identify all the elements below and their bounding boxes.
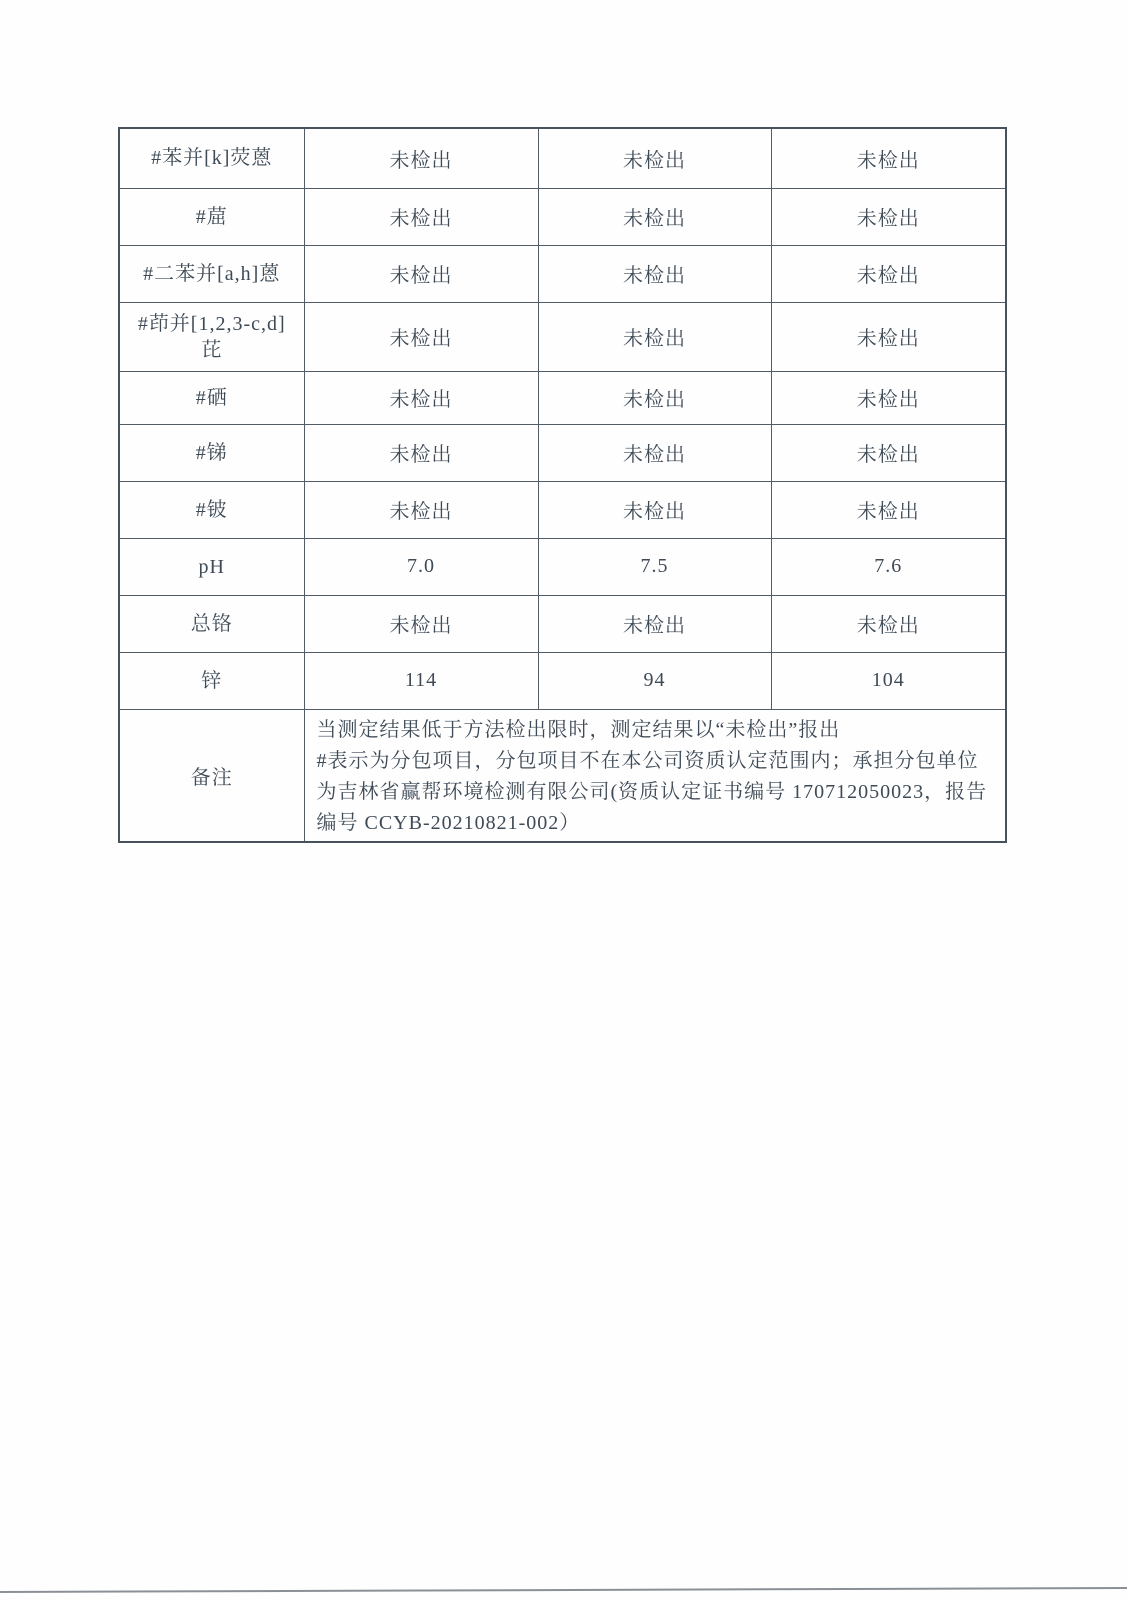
result-value-cell: 7.5 [538,538,771,595]
result-value-cell: 未检出 [538,424,771,481]
table-row: #铍 未检出 未检出 未检出 [119,481,1006,538]
parameter-label-cell: pH [119,538,304,595]
table-row: #二苯并[a,h]蒽 未检出 未检出 未检出 [119,245,1006,302]
parameter-label-cell: #茚并[1,2,3-c,d]芘 [119,302,304,371]
result-value-cell: 未检出 [538,371,771,424]
table-row: pH 7.0 7.5 7.6 [119,538,1006,595]
result-value-cell: 未检出 [538,245,771,302]
parameter-label-cell: #铍 [119,481,304,538]
result-value-cell: 104 [771,652,1006,709]
result-value-cell: 未检出 [771,371,1006,424]
result-value-cell: 未检出 [771,595,1006,652]
result-value-cell: 114 [304,652,538,709]
remarks-row: 备注 当测定结果低于方法检出限时，测定结果以“未检出”报出 #表示为分包项目，分… [119,709,1006,842]
results-rows: #苯并[k]荧蒽 未检出 未检出 未检出 #䓛 未检出 未检出 未检出 #二苯并… [119,128,1006,709]
result-value-cell: 未检出 [304,481,538,538]
remark-paragraph: #表示为分包项目，分包项目不在本公司资质认定范围内；承担分包单位为吉林省赢帮环境… [317,746,996,839]
result-value-cell: 未检出 [771,245,1006,302]
result-value-cell: 未检出 [304,371,538,424]
result-value-cell: 未检出 [538,128,771,188]
parameter-label-cell: #二苯并[a,h]蒽 [119,245,304,302]
parameter-label-cell: #䓛 [119,188,304,245]
result-value-cell: 未检出 [538,302,771,371]
parameter-label-cell: #硒 [119,371,304,424]
remarks-content: 当测定结果低于方法检出限时，测定结果以“未检出”报出 #表示为分包项目，分包项目… [304,709,1006,842]
table-row: #䓛 未检出 未检出 未检出 [119,188,1006,245]
table-row: #茚并[1,2,3-c,d]芘 未检出 未检出 未检出 [119,302,1006,371]
parameter-label-cell: 总铬 [119,595,304,652]
result-value-cell: 7.0 [304,538,538,595]
result-value-cell: 未检出 [304,128,538,188]
result-value-cell: 未检出 [304,302,538,371]
table-row: #锑 未检出 未检出 未检出 [119,424,1006,481]
table-row: 总铬 未检出 未检出 未检出 [119,595,1006,652]
table-row: 锌 114 94 104 [119,652,1006,709]
remark-paragraph: 当测定结果低于方法检出限时，测定结果以“未检出”报出 [317,715,996,746]
results-table: #苯并[k]荧蒽 未检出 未检出 未检出 #䓛 未检出 未检出 未检出 #二苯并… [118,127,1007,843]
result-value-cell: 未检出 [771,128,1006,188]
result-value-cell: 未检出 [771,188,1006,245]
parameter-label-cell: #苯并[k]荧蒽 [119,128,304,188]
parameter-label-cell: #锑 [119,424,304,481]
result-value-cell: 未检出 [538,481,771,538]
result-value-cell: 未检出 [304,595,538,652]
result-value-cell: 未检出 [771,424,1006,481]
table-row: #硒 未检出 未检出 未检出 [119,371,1006,424]
result-value-cell: 7.6 [771,538,1006,595]
result-value-cell: 未检出 [304,245,538,302]
table-row: #苯并[k]荧蒽 未检出 未检出 未检出 [119,128,1006,188]
result-value-cell: 未检出 [304,188,538,245]
result-value-cell: 未检出 [538,188,771,245]
parameter-label-cell: 锌 [119,652,304,709]
result-value-cell: 未检出 [304,424,538,481]
remarks-label: 备注 [119,709,304,842]
document-page: #苯并[k]荧蒽 未检出 未检出 未检出 #䓛 未检出 未检出 未检出 #二苯并… [0,0,1127,1600]
result-value-cell: 未检出 [771,302,1006,371]
result-value-cell: 未检出 [538,595,771,652]
page-bottom-scan-line [0,1587,1127,1592]
result-value-cell: 未检出 [771,481,1006,538]
result-value-cell: 94 [538,652,771,709]
